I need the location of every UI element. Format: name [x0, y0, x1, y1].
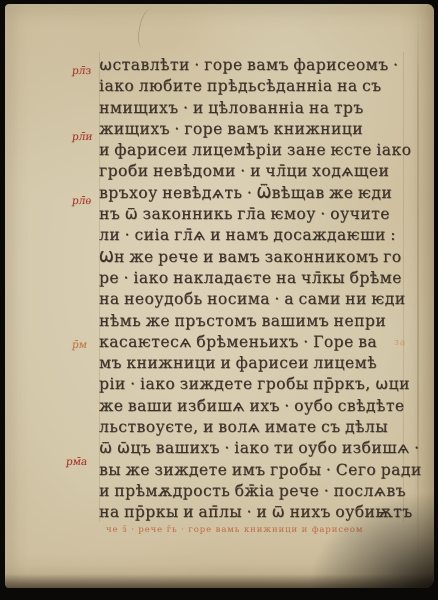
text-line: ріи · іако зиждете гробы пр̄ркъ, ѡци — [99, 374, 417, 395]
text-line: на неоудобь носима · а сами ни ѥди — [99, 289, 417, 310]
text-line: вы же зиждете имъ гробы · Сего ради — [99, 460, 417, 481]
text-line: Ѡн же рече и вамъ законникомъ го — [99, 247, 417, 268]
text-line: нъ ѿ законникь гл̄а ѥмоу · оучите — [99, 204, 417, 225]
text-line: мъ книжници и фарисеи лицемѣ — [99, 353, 417, 374]
text-line: ре · іако накладаєте на чл̄кы брѣме — [99, 268, 417, 289]
text-line: ѿ ѡ̄цъ вашихъ · іако ти оубо избишѧ · — [99, 438, 417, 459]
text-line: нѣмь же пръстомъ вашимъ непри — [99, 311, 417, 332]
rubric-note: че з̄ · рече г̄ь · горе вамь книжници и … — [106, 525, 336, 535]
text-line: же ваши избишѧ ихъ · оубо свѣдѣте — [99, 396, 417, 417]
text-line: връхоу невѣдѧть · Ѿвѣщав же ѥди — [99, 183, 417, 204]
text-line: гроби невѣдоми · и чл̄ци ходѧщеи — [99, 161, 417, 182]
text-line: льствоуєте, и волѧ имате съ дѣлы — [99, 417, 417, 438]
text-line: касаѥтесѧ брѣменьихъ · Горе ва — [99, 332, 417, 353]
faint-scribble — [136, 6, 164, 51]
text-line: іако любите прѣдьсѣданніа на съ — [99, 76, 417, 97]
text-line: нмищихъ · и цѣлованніа на тръ — [99, 98, 417, 119]
parchment-page: рл̄з рл̄и рл̄ѳ р̄м рм̄а за ѡставлѣти · г… — [5, 4, 434, 588]
margin-chapter-number: рм̄а — [65, 457, 97, 468]
text-block: ѡставлѣти · горе вамъ фарисеомъ · іако л… — [99, 55, 417, 524]
page-corner-shadow — [304, 488, 434, 588]
text-line: жищихъ · горе вамъ книжници — [99, 119, 417, 140]
text-line: ѡставлѣти · горе вамъ фарисеомъ · — [99, 55, 417, 76]
text-line: и фарисеи лицемѣріи зане ѥсте іако — [99, 140, 417, 161]
text-line: ли · сиіа гл̄ѧ и намъ досаждаѥши : — [99, 225, 417, 246]
photo-background: рл̄з рл̄и рл̄ѳ р̄м рм̄а за ѡставлѣти · г… — [0, 0, 438, 600]
